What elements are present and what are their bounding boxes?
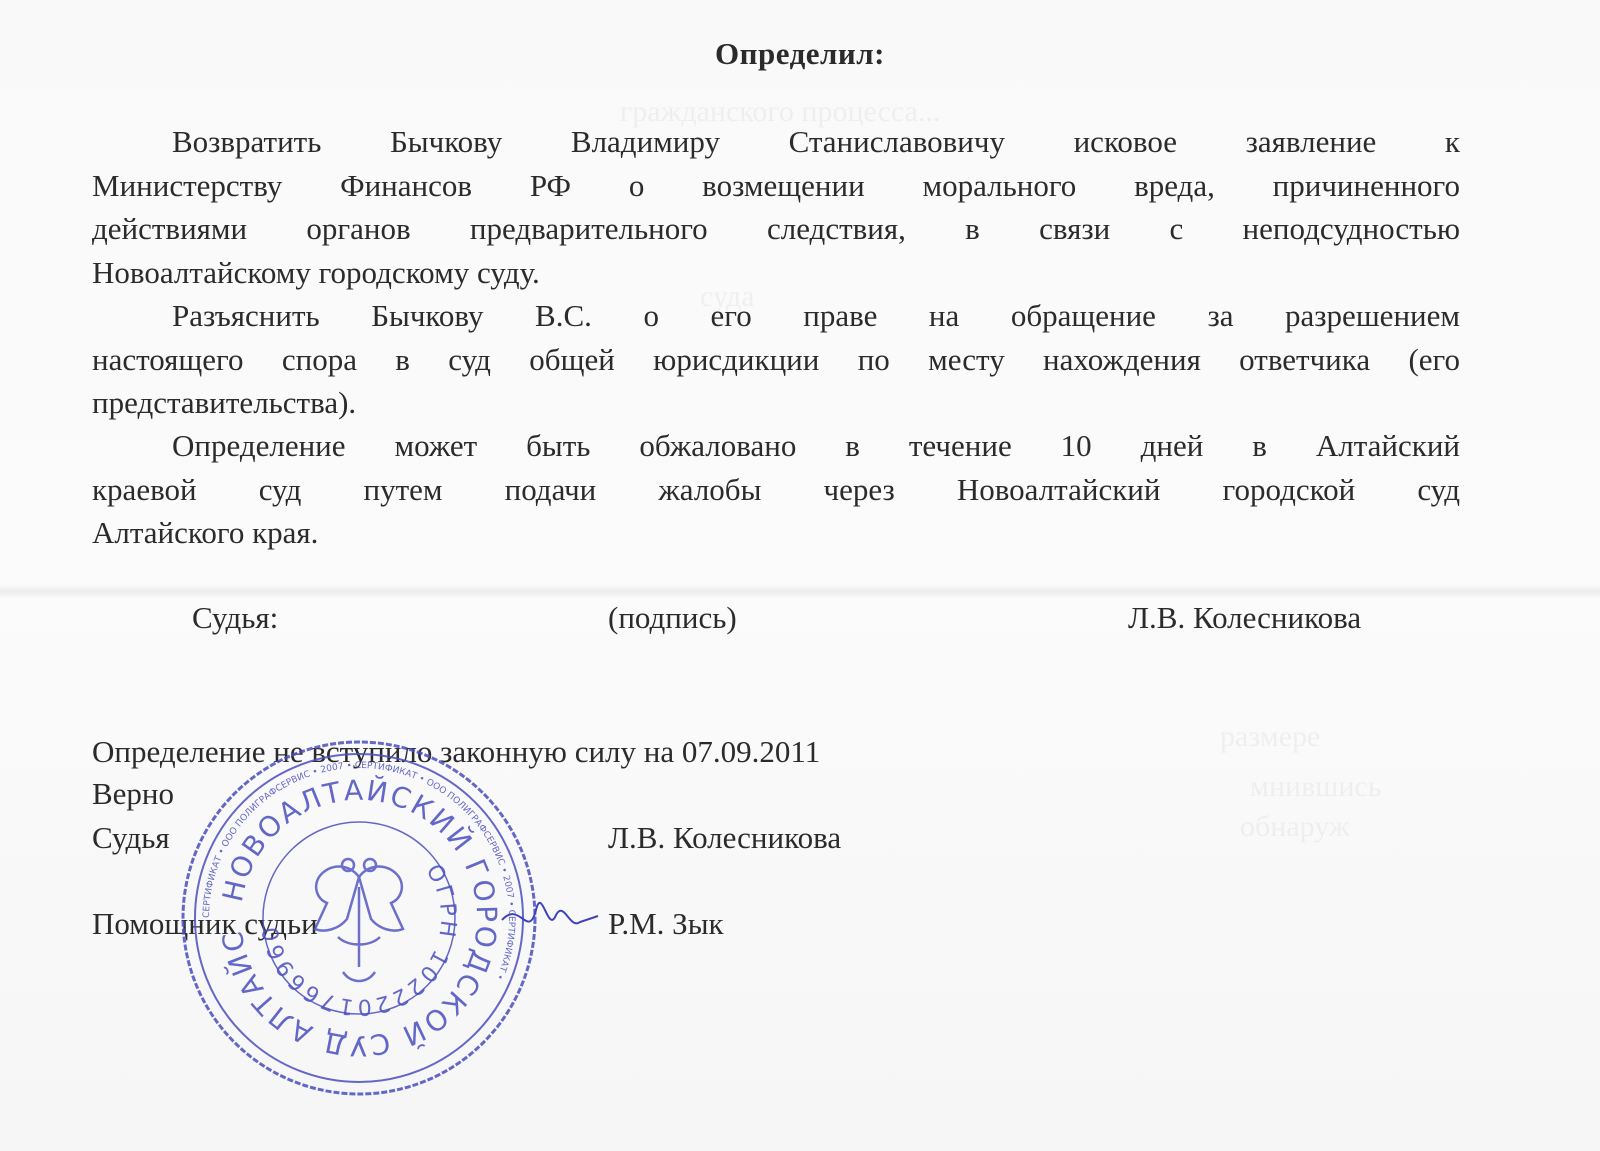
judge-name: Л.В. Колесникова xyxy=(608,820,841,856)
bleed-through-text: обнаруж xyxy=(1240,810,1350,844)
bleed-through-text: мнившись xyxy=(1250,770,1381,804)
court-seal-stamp: СЕРТИФИКАТ • ООО ПОЛИГРАФСЕРВИС • 2007 •… xyxy=(178,737,540,1099)
signature-role: Судья: xyxy=(192,600,278,636)
paragraph-explain-right: Разъяснить Бычкову В.С. о его праве на о… xyxy=(92,294,1460,425)
paragraph-appeal: Определение может быть обжаловано в тече… xyxy=(92,424,1460,555)
signature-name: Л.В. Колесникова xyxy=(1128,600,1361,636)
handwritten-signature xyxy=(500,880,600,950)
text-line: Разъяснить Бычкову В.С. о его праве на о… xyxy=(92,294,1460,338)
text-line: Возвратить Бычкову Владимиру Станиславов… xyxy=(92,120,1460,164)
paragraph-return-claim: Возвратить Бычкову Владимиру Станиславов… xyxy=(92,120,1460,294)
assistant-name: Р.М. Зык xyxy=(608,906,724,942)
paper-fold xyxy=(0,585,1600,599)
scanned-page: гражданского процесса... суда размере мн… xyxy=(0,0,1600,1151)
text-line: представительства). xyxy=(92,381,1460,425)
text-line: Министерству Финансов РФ о возмещении мо… xyxy=(92,164,1460,208)
double-headed-eagle-icon xyxy=(315,859,403,981)
signature-placeholder: (подпись) xyxy=(608,600,737,636)
text-line: краевой суд путем подачи жалобы через Но… xyxy=(92,468,1460,512)
text-line: настоящего спора в суд общей юрисдикции … xyxy=(92,338,1460,382)
text-line: действиями органов предварительного след… xyxy=(92,207,1460,251)
text-line: Алтайского края. xyxy=(92,511,1460,555)
text-line: Новоалтайскому городскому суду. xyxy=(92,251,1460,295)
page-title: Определил: xyxy=(0,36,1600,72)
bleed-through-text: размере xyxy=(1220,720,1320,754)
judge-label: Судья xyxy=(92,820,170,856)
certified-label: Верно xyxy=(92,776,174,812)
text-line: Определение может быть обжаловано в тече… xyxy=(92,424,1460,468)
